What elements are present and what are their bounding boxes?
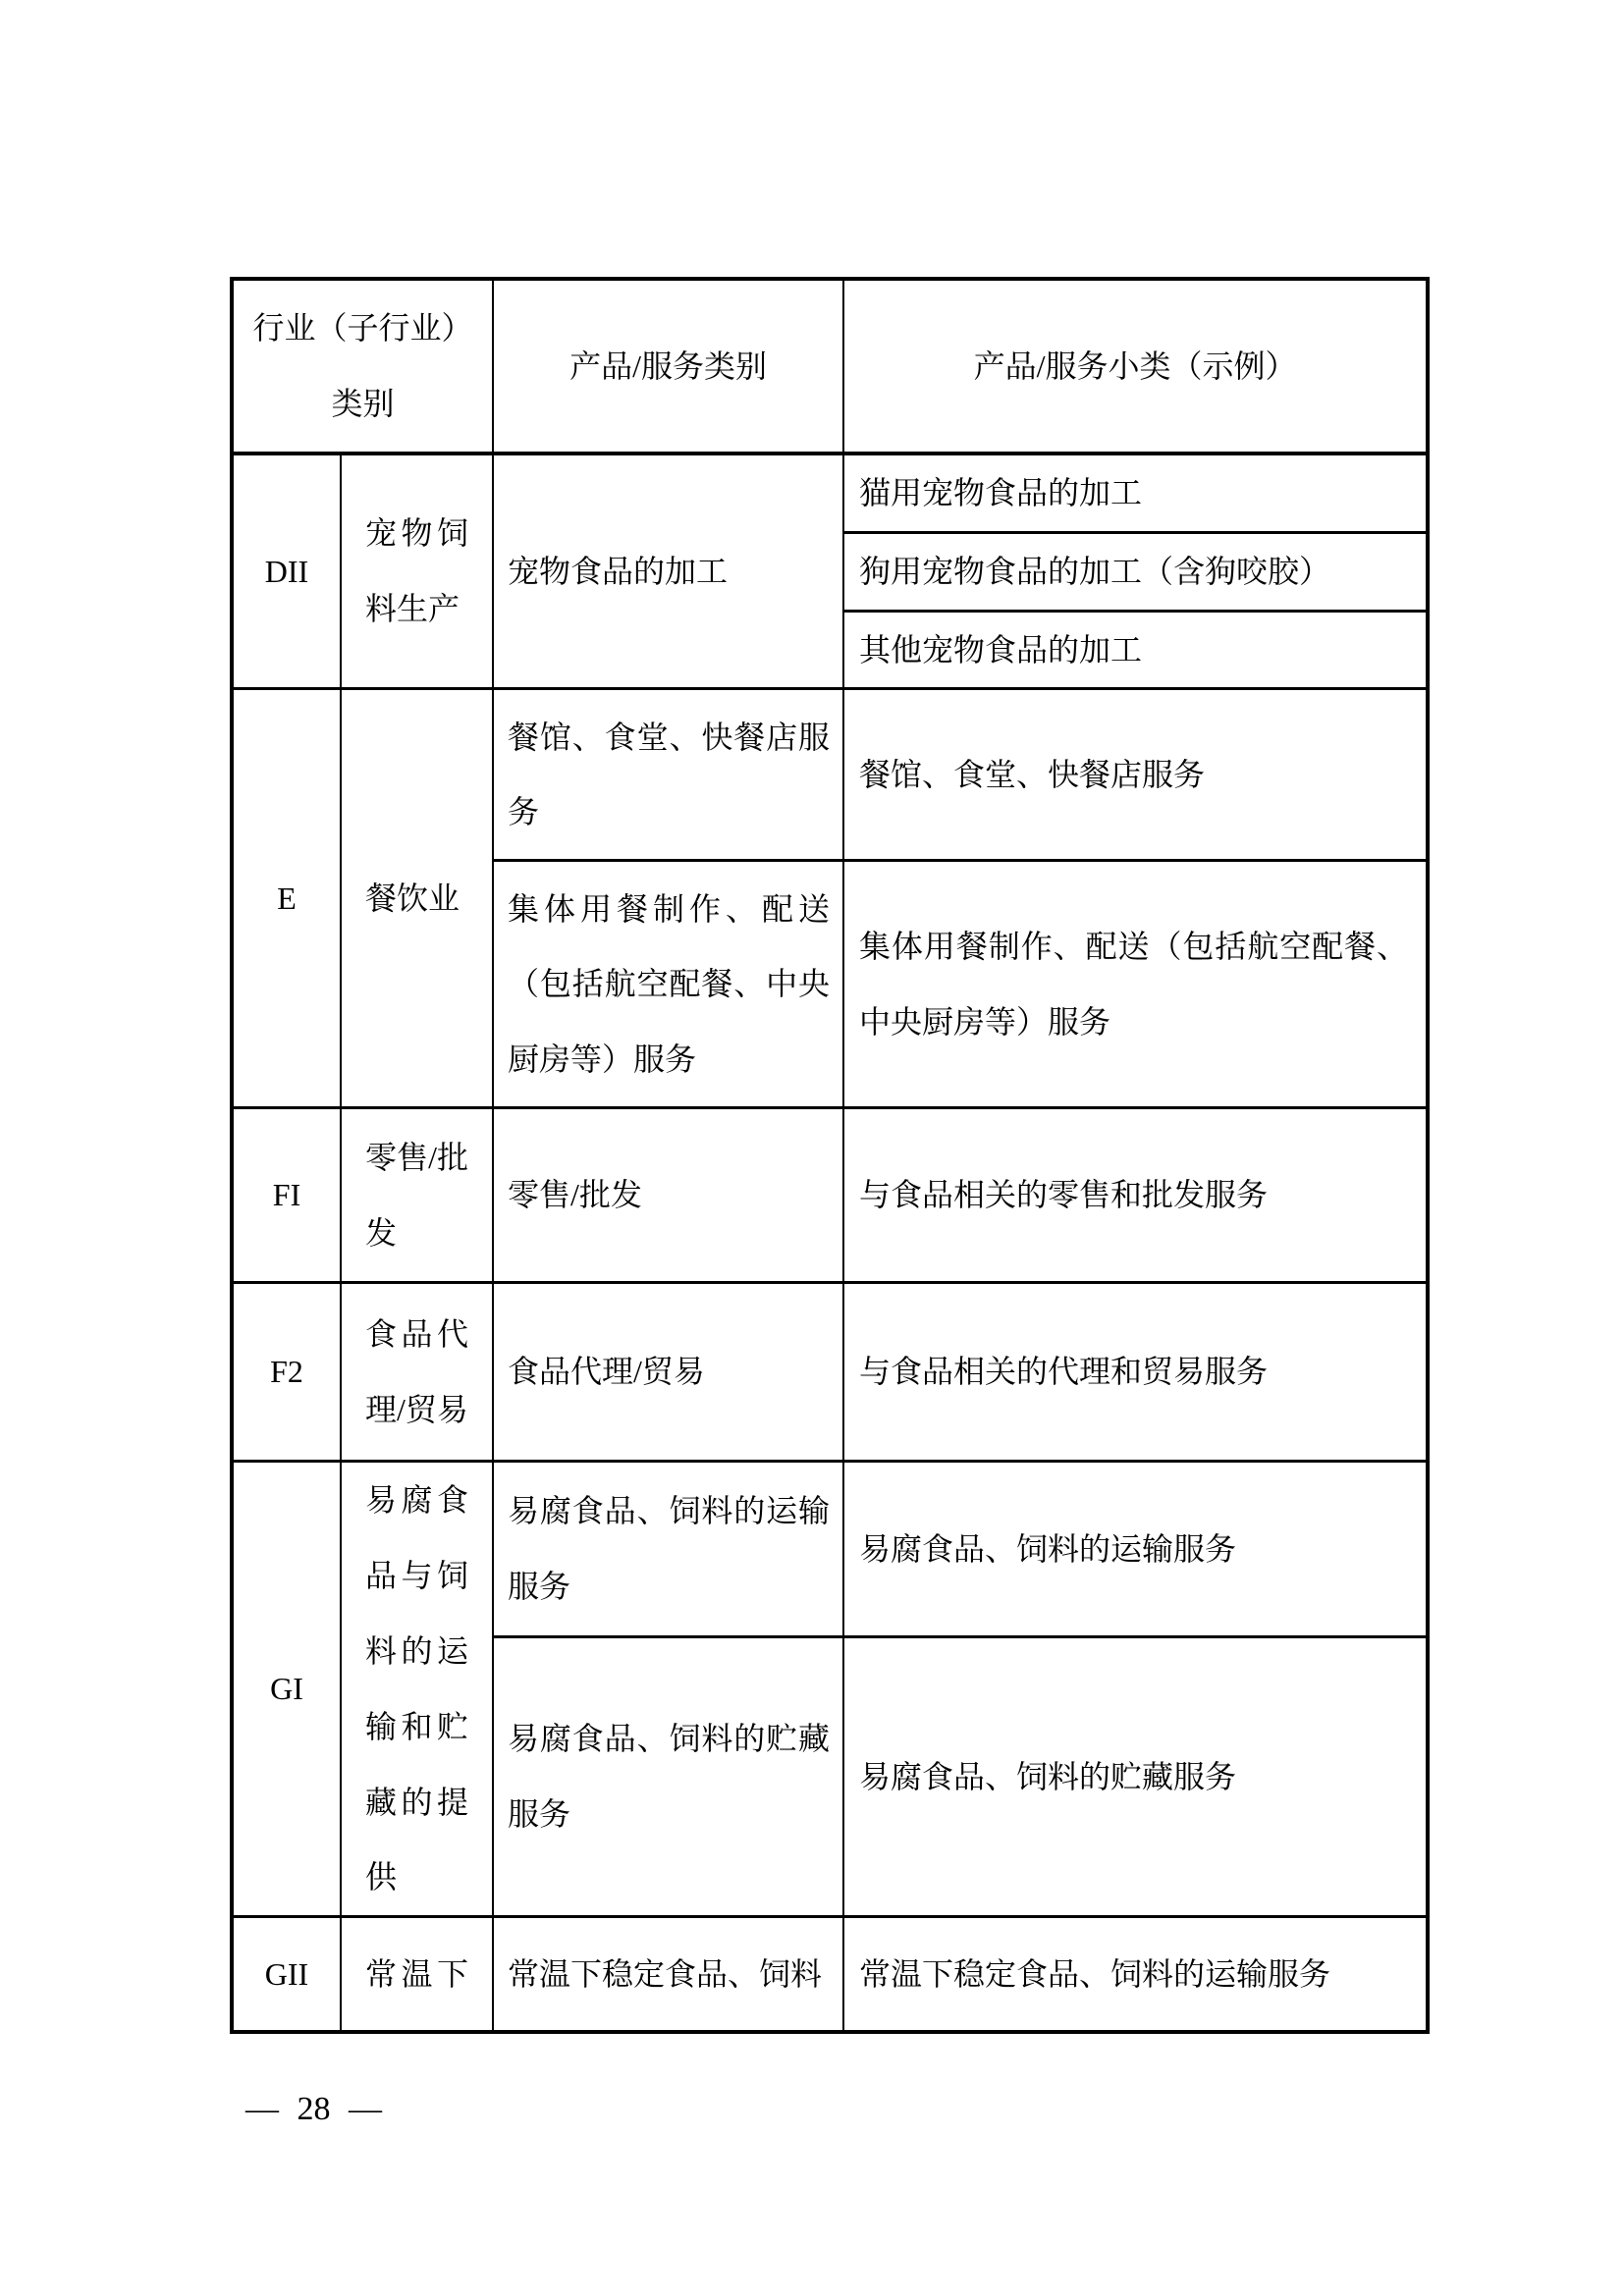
table-header-row: 行业（子行业）类别 产品/服务类别 产品/服务小类（示例） bbox=[232, 279, 1428, 454]
industry-category-table: 行业（子行业）类别 产品/服务类别 产品/服务小类（示例） DII 宠物饲料生产… bbox=[230, 277, 1430, 2034]
table-row: FI 零售/批发 零售/批发 与食品相关的零售和批发服务 bbox=[232, 1108, 1428, 1283]
category-f2: 食品代理/贸易 bbox=[493, 1283, 843, 1462]
industry-name-e: 餐饮业 bbox=[341, 689, 493, 1108]
example-f2: 与食品相关的代理和贸易服务 bbox=[843, 1283, 1428, 1462]
industry-name-gii: 常温下 bbox=[341, 1917, 493, 2032]
example-gi-storage: 易腐食品、饲料的贮藏服务 bbox=[843, 1637, 1428, 1917]
category-gi-storage: 易腐食品、饲料的贮藏服务 bbox=[493, 1637, 843, 1917]
example-gii: 常温下稳定食品、饲料的运输服务 bbox=[843, 1917, 1428, 2032]
table-row: E 餐饮业 餐馆、食堂、快餐店服务 餐馆、食堂、快餐店服务 bbox=[232, 689, 1428, 861]
industry-name-f2: 食品代理/贸易 bbox=[341, 1283, 493, 1462]
category-e-group-meal: 集体用餐制作、配送（包括航空配餐、中央厨房等）服务 bbox=[493, 861, 843, 1108]
category-e-restaurant: 餐馆、食堂、快餐店服务 bbox=[493, 689, 843, 861]
example-dii-other: 其他宠物食品的加工 bbox=[843, 611, 1428, 689]
table-row: GII 常温下 常温下稳定食品、饲料 常温下稳定食品、饲料的运输服务 bbox=[232, 1917, 1428, 2032]
page-number: — 28 — bbox=[245, 2091, 382, 2128]
table-row: GI 易腐食品与饲料的运输和贮藏的提供 易腐食品、饲料的运输服务 易腐食品、饲料… bbox=[232, 1462, 1428, 1637]
industry-code-e: E bbox=[232, 689, 341, 1108]
example-gi-transport: 易腐食品、饲料的运输服务 bbox=[843, 1462, 1428, 1637]
category-dii: 宠物食品的加工 bbox=[493, 454, 843, 689]
industry-code-fi: FI bbox=[232, 1108, 341, 1283]
industry-name-gi: 易腐食品与饲料的运输和贮藏的提供 bbox=[341, 1462, 493, 1917]
header-product-service-category: 产品/服务类别 bbox=[493, 279, 843, 454]
example-fi: 与食品相关的零售和批发服务 bbox=[843, 1108, 1428, 1283]
document-page: { "page": { "number": "— 28 —" }, "table… bbox=[0, 0, 1624, 2296]
industry-code-f2: F2 bbox=[232, 1283, 341, 1462]
industry-name-fi: 零售/批发 bbox=[341, 1108, 493, 1283]
example-e-restaurant: 餐馆、食堂、快餐店服务 bbox=[843, 689, 1428, 861]
industry-name-dii: 宠物饲料生产 bbox=[341, 454, 493, 689]
industry-code-dii: DII bbox=[232, 454, 341, 689]
table-row: DII 宠物饲料生产 宠物食品的加工 猫用宠物食品的加工 bbox=[232, 454, 1428, 532]
example-dii-dog-food: 狗用宠物食品的加工（含狗咬胶） bbox=[843, 532, 1428, 611]
category-fi: 零售/批发 bbox=[493, 1108, 843, 1283]
header-industry-category: 行业（子行业）类别 bbox=[232, 279, 493, 454]
header-product-service-subclass: 产品/服务小类（示例） bbox=[843, 279, 1428, 454]
example-dii-cat-food: 猫用宠物食品的加工 bbox=[843, 454, 1428, 532]
industry-code-gi: GI bbox=[232, 1462, 341, 1917]
table-row: F2 食品代理/贸易 食品代理/贸易 与食品相关的代理和贸易服务 bbox=[232, 1283, 1428, 1462]
industry-code-gii: GII bbox=[232, 1917, 341, 2032]
category-gi-transport: 易腐食品、饲料的运输服务 bbox=[493, 1462, 843, 1637]
example-e-group-meal: 集体用餐制作、配送（包括航空配餐、中央厨房等）服务 bbox=[843, 861, 1428, 1108]
category-gii: 常温下稳定食品、饲料 bbox=[493, 1917, 843, 2032]
